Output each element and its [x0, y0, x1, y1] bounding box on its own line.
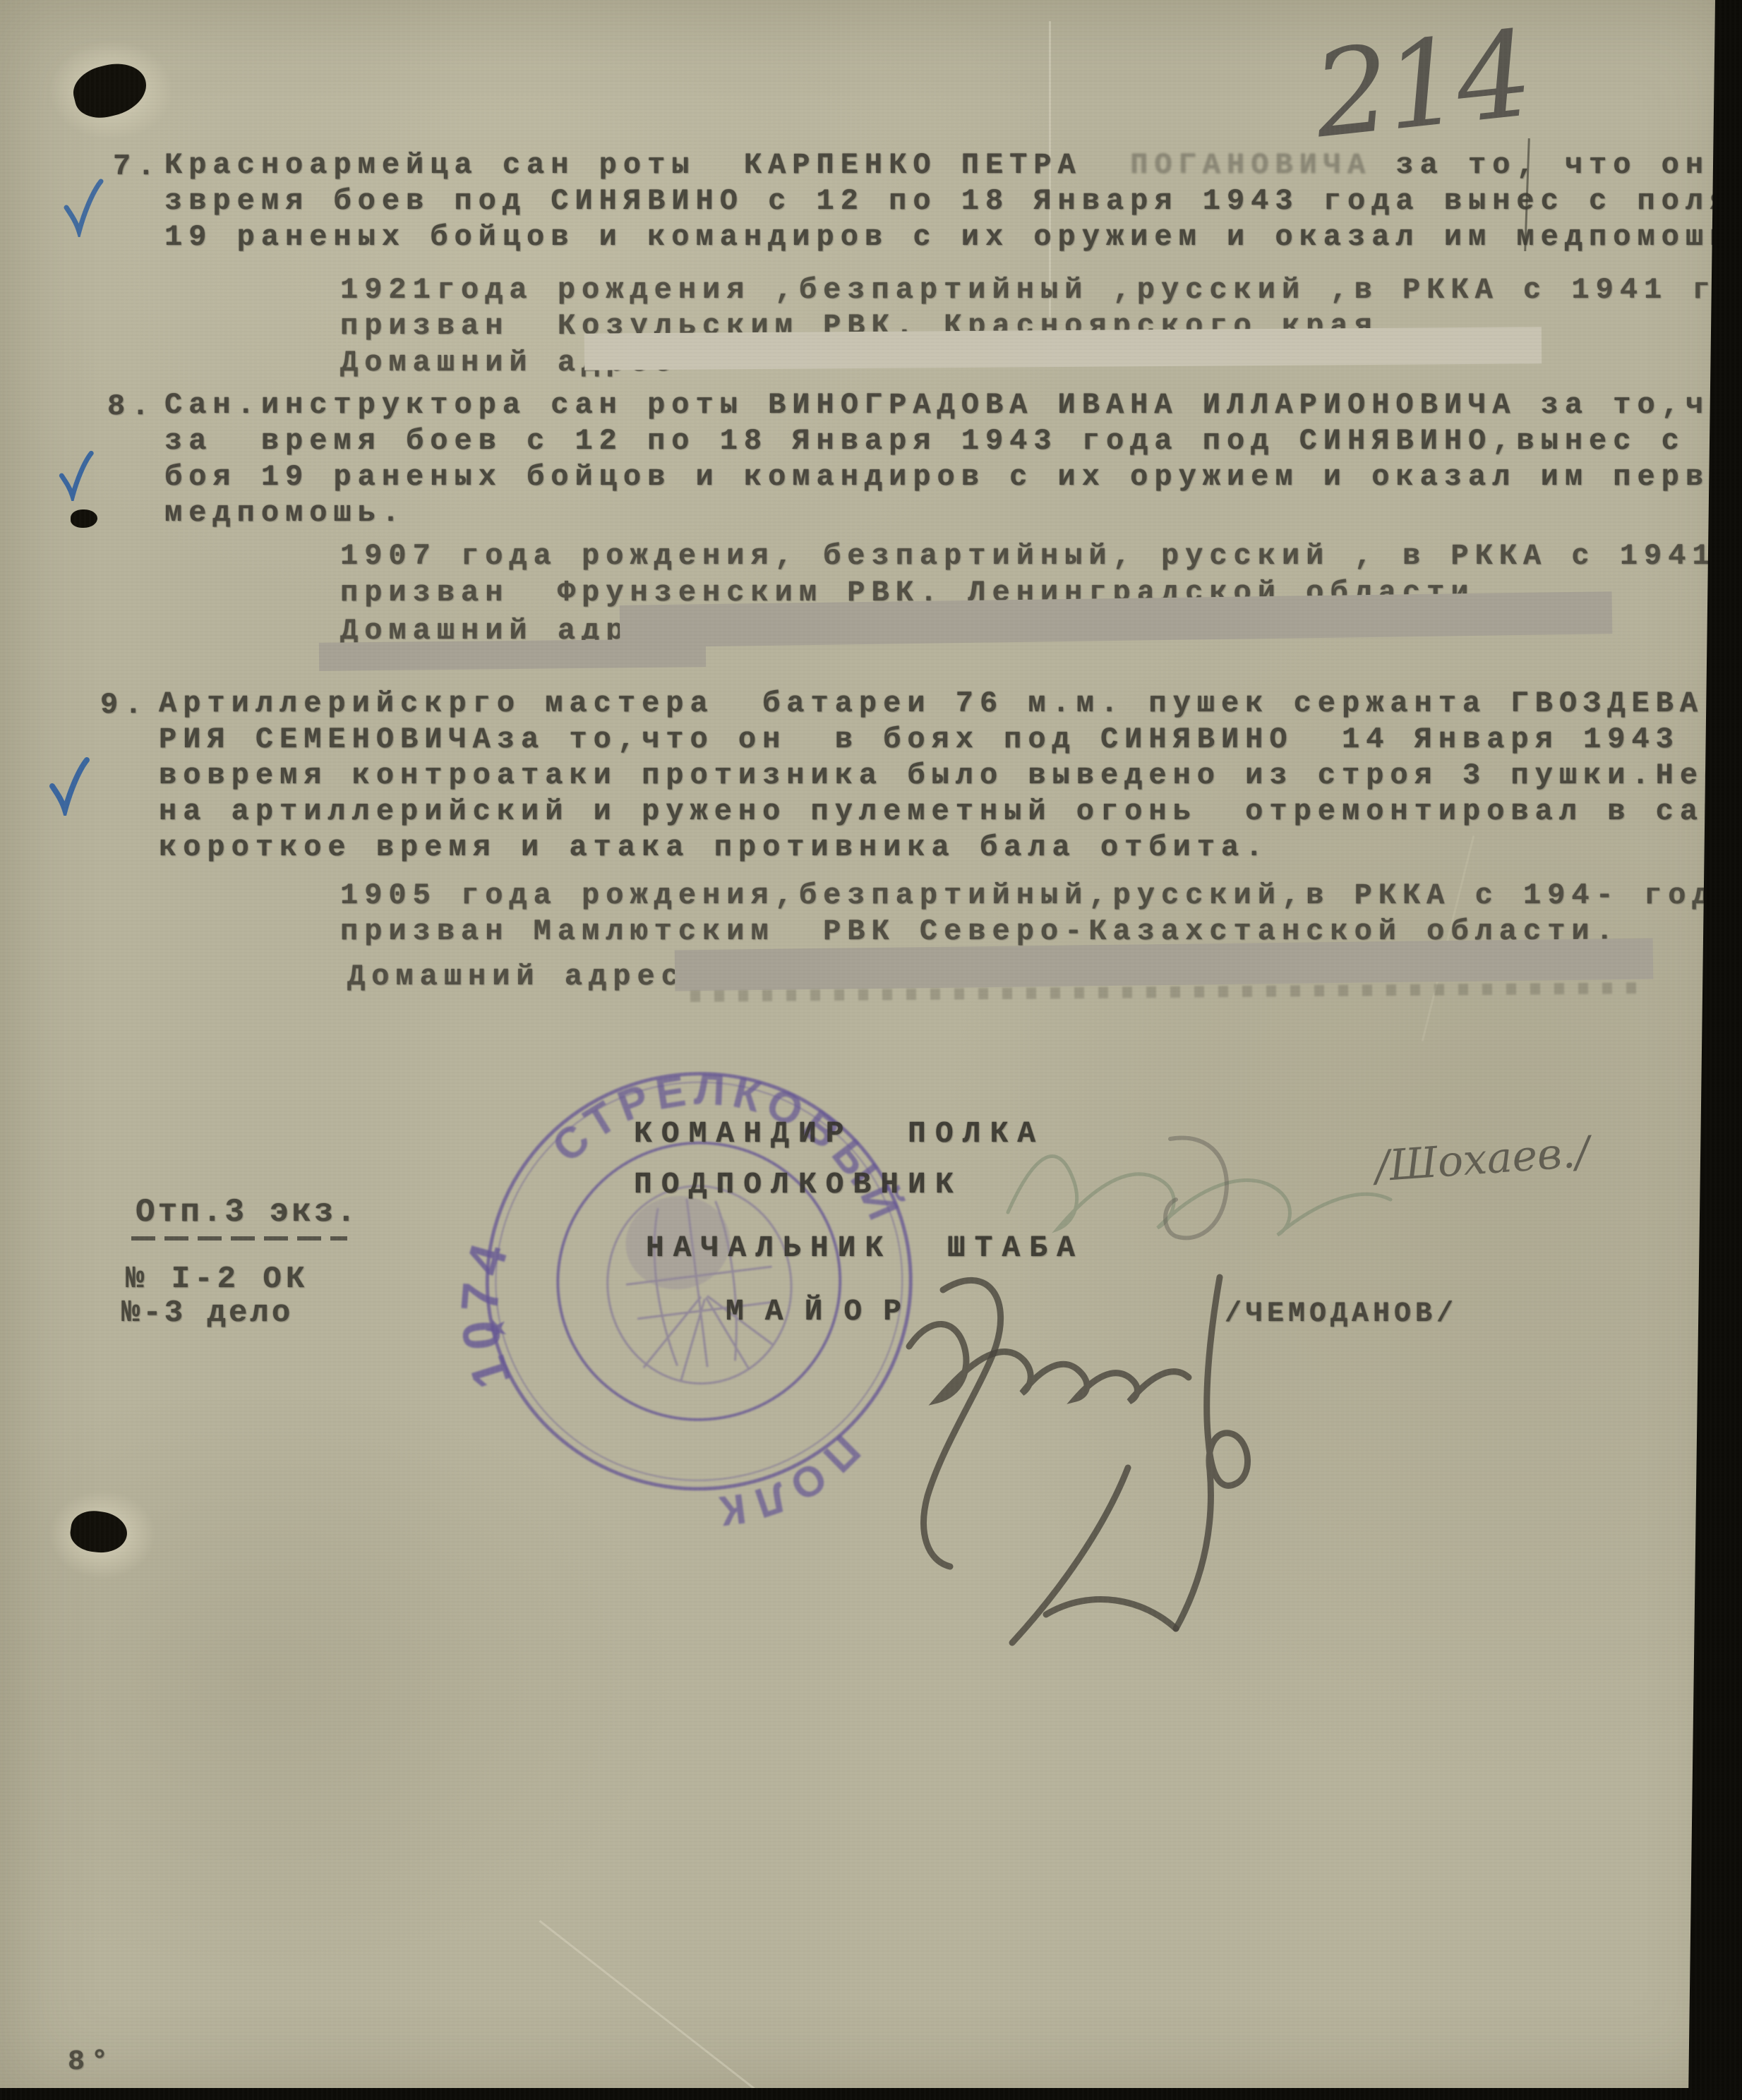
- scan-edge-bottom: [0, 2088, 1742, 2100]
- item-7-line-2: звремя боев под СИНЯВИНО с 12 по 18 Янва…: [164, 184, 1742, 218]
- checkmark-icon: [55, 450, 96, 505]
- item-9-line-2: РИЯ СЕМЕНОВИЧАза то,что он в боях под СИ…: [159, 723, 1742, 756]
- paper-scratch: [539, 1920, 774, 2100]
- redaction-box: [319, 639, 706, 671]
- item-7-number: 7.: [113, 150, 161, 183]
- item-7-line-1c: за то, что он: [1371, 148, 1710, 182]
- checkmark-icon: [61, 178, 104, 241]
- stamp-emblem: [596, 1176, 803, 1394]
- item-7-line-1: Красноармейца сан роты КАРПЕНКО ПЕТРА ПО…: [164, 148, 1710, 182]
- copies-note-underline: [131, 1236, 347, 1241]
- copies-note: Отп.3 экз.: [136, 1194, 359, 1231]
- item-9-detail-1: 1905 года рождения,безпартийный,русский,…: [340, 879, 1742, 912]
- document-page: 214 7. Красноармейца сан роты КАРПЕНКО П…: [0, 0, 1742, 2100]
- item-9-line-4: на артиллерийский и ружено пулеметный ог…: [159, 795, 1742, 828]
- scan-edge-right: [1688, 0, 1742, 2100]
- item-8-number: 8.: [107, 390, 155, 423]
- redaction-box: [584, 327, 1542, 370]
- item-7-line-1a: Красноармейца сан роты КАРПЕНКО ПЕТРА: [164, 148, 1130, 182]
- paper-hole-small: [71, 509, 97, 528]
- copies-line-1: № I-2 ОК: [126, 1262, 308, 1297]
- item-8-line-2: за время боев с 12 по 18 Января 1943 год…: [164, 424, 1742, 458]
- copies-line-2: №-3 дело: [121, 1296, 293, 1331]
- item-7-patronymic-faded: ПОГАНОВИЧА: [1130, 148, 1371, 182]
- signature-shokhaev-faint: [994, 1121, 1431, 1265]
- item-7-detail-1: 1921года рождения ,безпартийный ,русский…: [340, 273, 1742, 307]
- item-8-detail-1: 1907 года рождения, безпартийный, русски…: [340, 539, 1742, 573]
- item-9-number: 9.: [100, 688, 148, 722]
- item-8-line-4: медпомошь.: [164, 496, 406, 530]
- item-9-line-5: короткое время и атака противника бала о…: [159, 831, 1269, 864]
- item-7-line-3: 19 раненых бойцов и командиров с их оруж…: [164, 220, 1742, 254]
- corner-mark: 8°: [68, 2046, 114, 2078]
- commander-title: КОМАНДИР ПОЛКА: [634, 1116, 1045, 1151]
- signature-chemodanov-ink: [824, 1256, 1333, 1669]
- item-9-line-3: вовремя контроатаки протизника было выве…: [159, 759, 1742, 792]
- item-9-detail-3: Домашний адрес: [347, 960, 685, 994]
- item-9-line-1: Артиллерийскрго мастера батареи 76 м.м. …: [159, 687, 1742, 720]
- page-number-handwritten: 214: [1308, 5, 1535, 165]
- commander-rank: ПОДПОЛКОВНИК: [634, 1167, 963, 1202]
- item-8-line-1: Сан.инструктора сан роты ВИНОГРАДОВА ИВА…: [164, 388, 1742, 422]
- checkmark-icon: [47, 756, 90, 819]
- item-8-line-3: боя 19 раненых бойцов и командиров с их …: [164, 460, 1742, 494]
